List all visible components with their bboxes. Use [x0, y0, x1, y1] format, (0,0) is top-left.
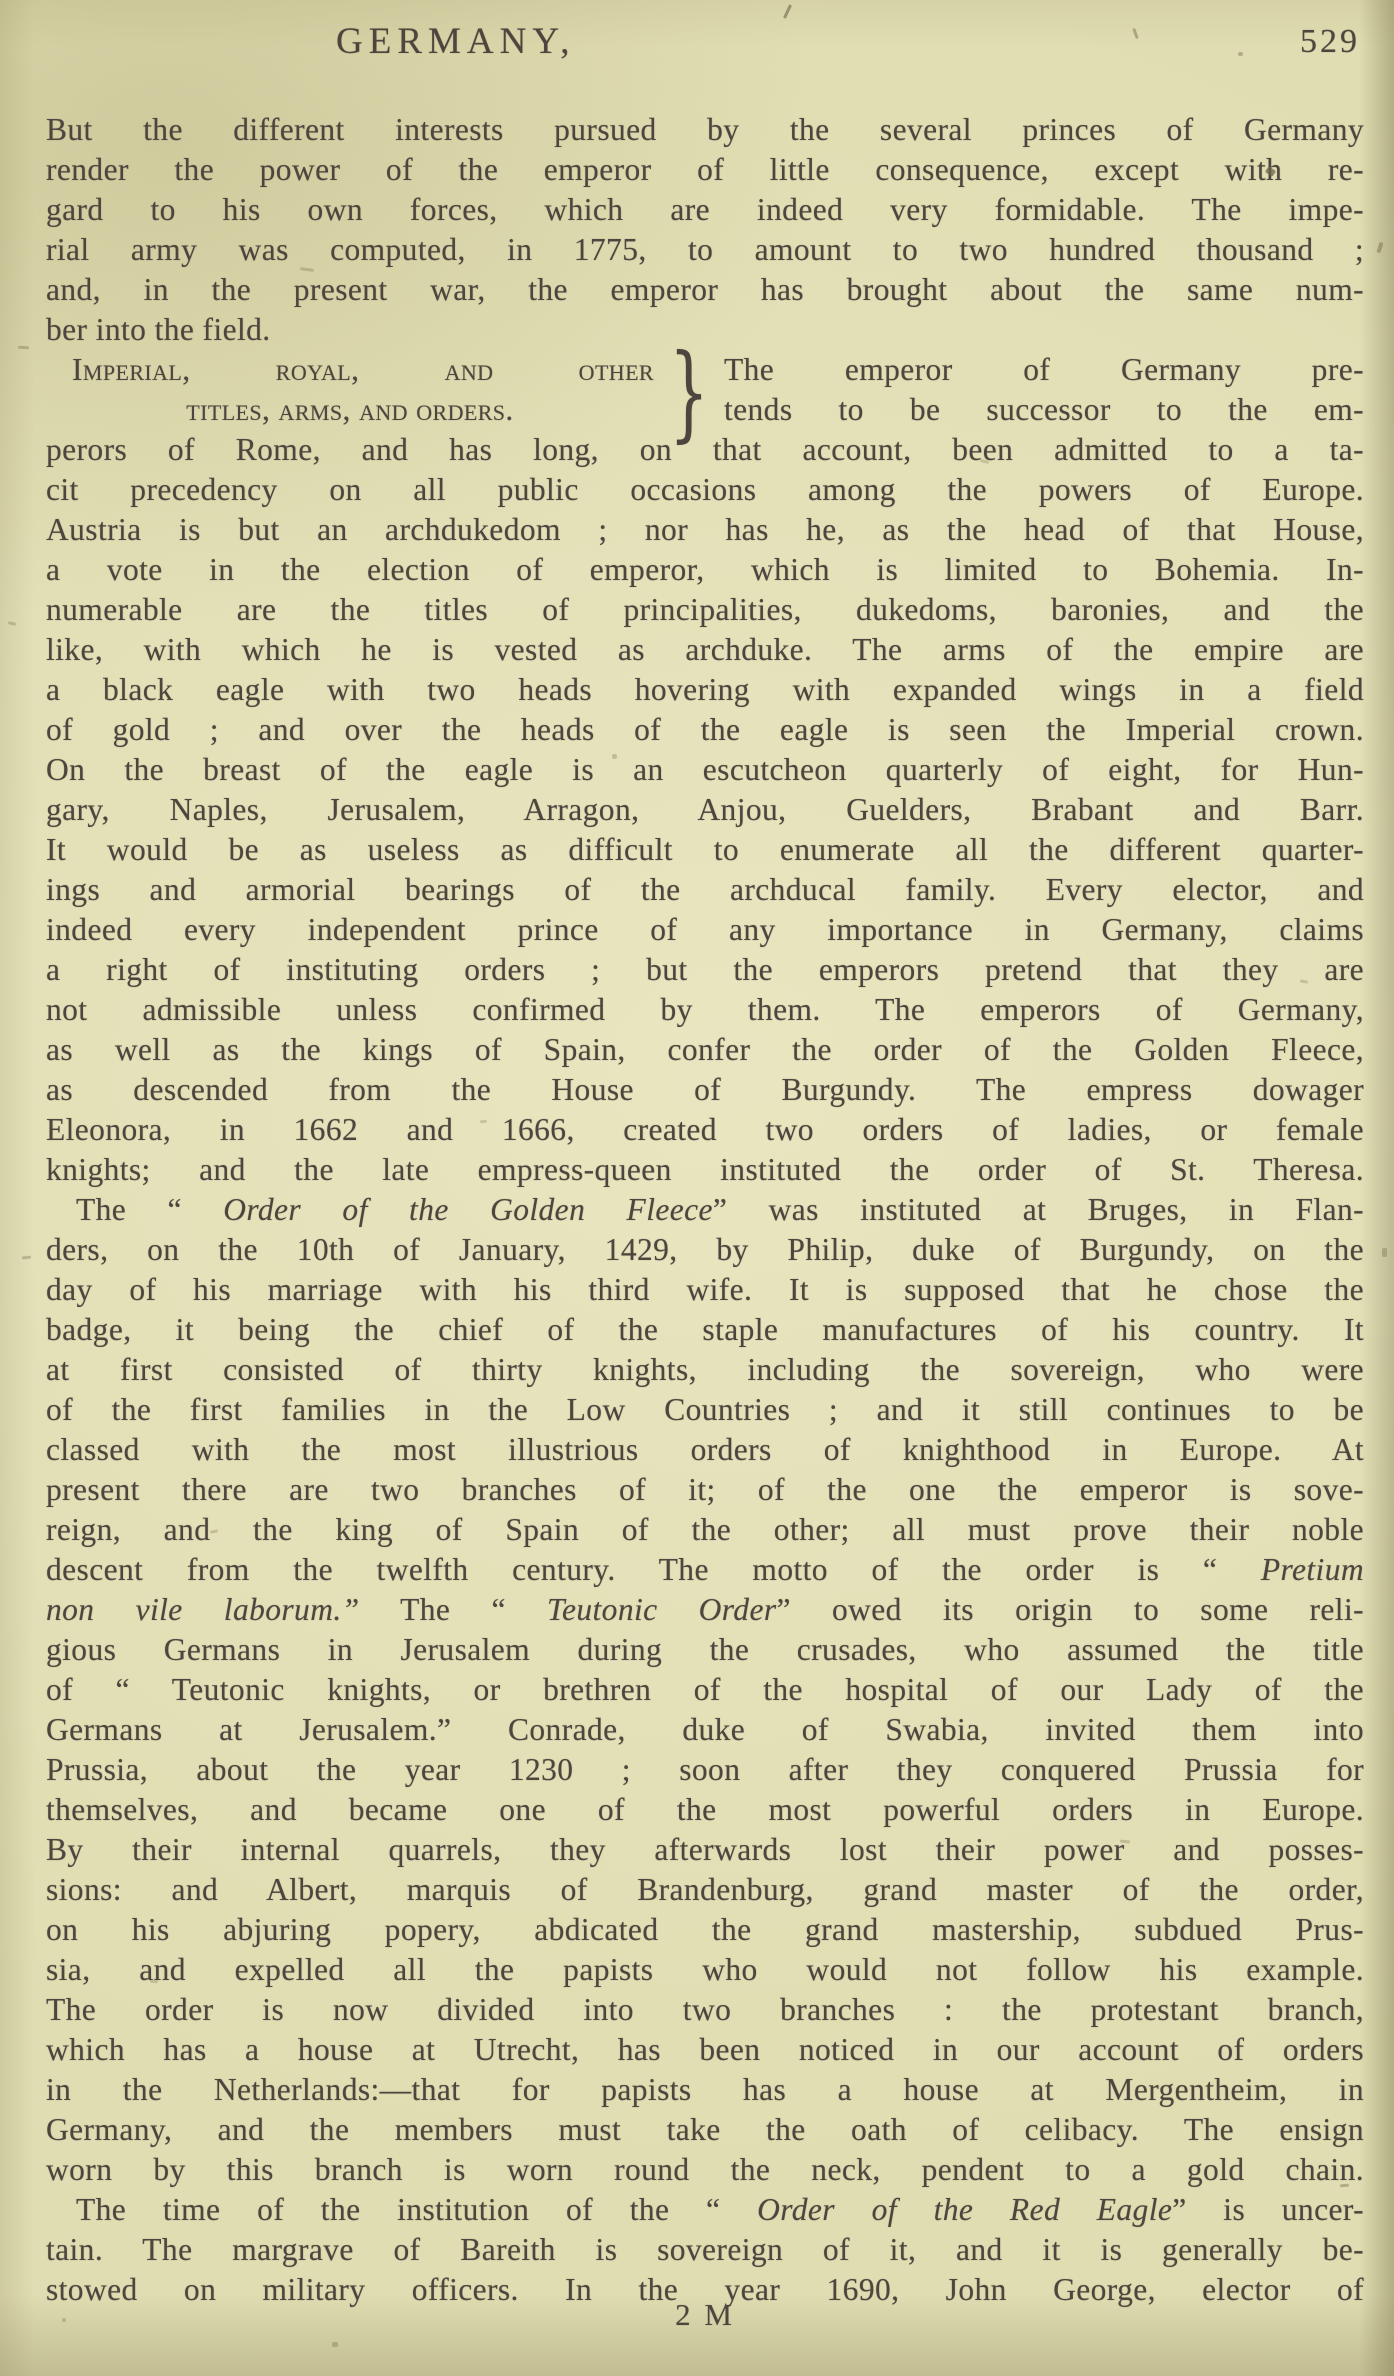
brace-heading: Imperial, royal, and othertitles, arms, … — [46, 350, 1364, 430]
text-segment: of gold ; and over the heads of the eagl… — [46, 712, 1364, 747]
text-segment: Germany, and the members must take the o… — [46, 2112, 1364, 2147]
page-number: 529 — [1300, 23, 1360, 61]
text-segment: But the different interests pursued by t… — [46, 112, 1364, 147]
text-segment: as well as the kings of Spain, confer th… — [46, 1032, 1364, 1067]
text-segment: gard to his own forces, which are indeed… — [46, 192, 1364, 227]
text-segment: knights; and the late empress-queen inst… — [46, 1152, 1364, 1187]
text-segment: present there are two branches of it; of… — [46, 1472, 1364, 1507]
text-line: render the power of the emperor of littl… — [46, 150, 1364, 190]
paragraph: But the different interests pursued by t… — [46, 110, 1364, 350]
paper-speck — [783, 4, 792, 19]
paper-speck — [22, 1256, 31, 1260]
text-segment: ber into the field. — [46, 312, 271, 347]
paper-speck — [1382, 1248, 1387, 1257]
text-line: of the first families in the Low Countri… — [46, 1390, 1364, 1430]
text-segment: sia, and expelled all the papists who wo… — [46, 1952, 1364, 1987]
text-segment: reign, and the king of Spain of the othe… — [46, 1512, 1364, 1547]
text-line: rial army was computed, in 1775, to amou… — [46, 230, 1364, 270]
text-segment: ings and armorial bearings of the archdu… — [46, 872, 1364, 907]
text-line: themselves, and became one of the most p… — [46, 1790, 1364, 1830]
text-segment: Prussia, about the year 1230 ; soon afte… — [46, 1752, 1364, 1787]
paper-speck — [1340, 2184, 1349, 2188]
text-line: By their internal quarrels, they afterwa… — [46, 1830, 1364, 1870]
text-line: The emperor of Germany pre- — [724, 350, 1364, 390]
text-segment: themselves, and became one of the most p… — [46, 1792, 1364, 1827]
text-segment: a black eagle with two heads hovering wi… — [46, 672, 1364, 707]
text-line: which has a house at Utrecht, has been n… — [46, 2030, 1364, 2070]
text-segment: Austria is but an archdukedom ; nor has … — [46, 512, 1364, 547]
text-line: tain. The margrave of Bareith is soverei… — [46, 2230, 1364, 2270]
text-line: numerable are the titles of principaliti… — [46, 590, 1364, 630]
text-line: cit precedency on all public occasions a… — [46, 470, 1364, 510]
text-segment: numerable are the titles of principaliti… — [46, 592, 1364, 627]
italic-text: Pretium — [1261, 1552, 1364, 1587]
text-line: sions: and Albert, marquis of Brandenbur… — [46, 1870, 1364, 1910]
text-line: Austria is but an archdukedom ; nor has … — [46, 510, 1364, 550]
text-segment: ders, on the 10th of January, 1429, by P… — [46, 1232, 1364, 1267]
running-title: GERMANY, — [336, 20, 576, 63]
paragraph: perors of Rome, and has long, on that ac… — [46, 430, 1364, 1190]
text-line: Germans at Jerusalem.” Conrade, duke of … — [46, 1710, 1364, 1750]
text-segment: day of his marriage with his third wife.… — [46, 1272, 1364, 1307]
heading-left: Imperial, royal, and othertitles, arms, … — [46, 350, 654, 430]
text-line: classed with the most illustrious orders… — [46, 1430, 1364, 1470]
text-line: ders, on the 10th of January, 1429, by P… — [46, 1230, 1364, 1270]
text-line: as descended from the House of Burgundy.… — [46, 1070, 1364, 1110]
text-line: indeed every independent prince of any i… — [46, 910, 1364, 950]
text-line: gary, Naples, Jerusalem, Arragon, Anjou,… — [46, 790, 1364, 830]
text-line: On the breast of the eagle is an escutch… — [46, 750, 1364, 790]
italic-text: non vile laborum.” — [46, 1592, 360, 1627]
body-text: But the different interests pursued by t… — [46, 110, 1364, 2310]
text-line: not admissible unless confirmed by them.… — [46, 990, 1364, 1030]
paper-speck — [1132, 28, 1139, 39]
text-segment: ” owed its origin to some reli- — [776, 1592, 1364, 1627]
paper-speck — [612, 754, 617, 759]
paper-speck — [18, 346, 29, 350]
heading-line: titles, arms, and orders. — [46, 390, 654, 430]
text-line: and, in the present war, the emperor has… — [46, 270, 1364, 310]
text-segment: on his abjuring popery, abdicated the gr… — [46, 1912, 1364, 1947]
text-segment: ” was instituted at Bruges, in Flan- — [713, 1192, 1364, 1227]
text-segment: classed with the most illustrious orders… — [46, 1432, 1364, 1467]
text-line: The “ Order of the Golden Fleece” was in… — [46, 1190, 1364, 1230]
text-segment: gious Germans in Jerusalem during the cr… — [46, 1632, 1364, 1667]
paper-speck — [332, 2342, 338, 2347]
text-segment: of “ Teutonic knights, or brethren of th… — [46, 1672, 1364, 1707]
text-line: It would be as useless as difficult to e… — [46, 830, 1364, 870]
italic-text: Order of the Red Eagle — [757, 2192, 1172, 2227]
book-page: GERMANY, 529 But the different interests… — [0, 0, 1394, 2376]
heading-line: Imperial, royal, and other — [46, 350, 654, 390]
paper-speck — [1238, 52, 1243, 56]
text-segment: indeed every independent prince of any i… — [46, 912, 1364, 947]
text-segment: ” is uncer- — [1172, 2192, 1364, 2227]
text-segment: descent from the twelfth century. The mo… — [46, 1552, 1261, 1587]
text-line: a right of instituting orders ; but the … — [46, 950, 1364, 990]
text-line: as well as the kings of Spain, confer th… — [46, 1030, 1364, 1070]
text-line: non vile laborum.” The “ Teutonic Order”… — [46, 1590, 1364, 1630]
paper-speck — [62, 2318, 66, 2322]
text-segment: render the power of the emperor of littl… — [46, 152, 1364, 187]
text-line: reign, and the king of Spain of the othe… — [46, 1510, 1364, 1550]
text-line: of gold ; and over the heads of the eagl… — [46, 710, 1364, 750]
text-segment: and, in the present war, the emperor has… — [46, 272, 1364, 307]
text-segment: The order is now divided into two branch… — [46, 1992, 1364, 2027]
signature-mark: 2 M — [46, 2297, 1364, 2333]
text-segment: of the first families in the Low Countri… — [46, 1392, 1364, 1427]
text-line: ings and armorial bearings of the archdu… — [46, 870, 1364, 910]
text-line: gious Germans in Jerusalem during the cr… — [46, 1630, 1364, 1670]
text-line: sia, and expelled all the papists who wo… — [46, 1950, 1364, 1990]
text-segment: On the breast of the eagle is an escutch… — [46, 752, 1364, 787]
text-segment: like, with which he is vested as archduk… — [46, 632, 1364, 667]
italic-text: Teutonic Order — [547, 1592, 777, 1627]
text-segment: not admissible unless confirmed by them.… — [46, 992, 1364, 1027]
text-line: tends to be successor to the em- — [724, 390, 1364, 430]
text-segment: The “ — [76, 1192, 223, 1227]
text-line: worn by this branch is worn round the ne… — [46, 2150, 1364, 2190]
paper-speck — [1376, 242, 1383, 254]
text-line: Germany, and the members must take the o… — [46, 2110, 1364, 2150]
text-line: of “ Teutonic knights, or brethren of th… — [46, 1670, 1364, 1710]
text-segment: tain. The margrave of Bareith is soverei… — [46, 2232, 1364, 2267]
text-line: gard to his own forces, which are indeed… — [46, 190, 1364, 230]
text-line: Prussia, about the year 1230 ; soon afte… — [46, 1750, 1364, 1790]
text-segment: a right of instituting orders ; but the … — [46, 952, 1364, 987]
text-segment: at first consisted of thirty knights, in… — [46, 1352, 1364, 1387]
heading-right: The emperor of Germany pre-tends to be s… — [724, 350, 1364, 430]
paragraph: The time of the institution of the “ Ord… — [46, 2190, 1364, 2310]
text-line: on his abjuring popery, abdicated the gr… — [46, 1910, 1364, 1950]
text-segment: The time of the institution of the “ — [76, 2192, 757, 2227]
text-segment: By their internal quarrels, they afterwa… — [46, 1832, 1364, 1867]
text-line: a vote in the election of emperor, which… — [46, 550, 1364, 590]
text-segment: rial army was computed, in 1775, to amou… — [46, 232, 1364, 267]
text-segment: worn by this branch is worn round the ne… — [46, 2152, 1364, 2187]
paper-speck — [8, 621, 16, 626]
italic-text: Order of the Golden Fleece — [223, 1192, 713, 1227]
text-line: The time of the institution of the “ Ord… — [46, 2190, 1364, 2230]
text-line: day of his marriage with his third wife.… — [46, 1270, 1364, 1310]
text-line: descent from the twelfth century. The mo… — [46, 1550, 1364, 1590]
text-segment: sions: and Albert, marquis of Brandenbur… — [46, 1872, 1364, 1907]
paper-speck — [150, 1980, 158, 1984]
text-segment: which has a house at Utrecht, has been n… — [46, 2032, 1364, 2067]
text-line: knights; and the late empress-queen inst… — [46, 1150, 1364, 1190]
text-line: in the Netherlands:—that for papists has… — [46, 2070, 1364, 2110]
text-line: at first consisted of thirty knights, in… — [46, 1350, 1364, 1390]
text-line: like, with which he is vested as archduk… — [46, 630, 1364, 670]
text-line: Eleonora, in 1662 and 1666, created two … — [46, 1110, 1364, 1150]
brace-char: } — [668, 350, 710, 434]
text-segment: It would be as useless as difficult to e… — [46, 832, 1364, 867]
text-segment: badge, it being the chief of the staple … — [46, 1312, 1364, 1347]
text-line: But the different interests pursued by t… — [46, 110, 1364, 150]
text-segment: Eleonora, in 1662 and 1666, created two … — [46, 1112, 1364, 1147]
brace-icon: } — [654, 350, 724, 430]
text-segment: gary, Naples, Jerusalem, Arragon, Anjou,… — [46, 792, 1364, 827]
text-segment: a vote in the election of emperor, which… — [46, 552, 1364, 587]
text-line: badge, it being the chief of the staple … — [46, 1310, 1364, 1350]
text-line: The order is now divided into two branch… — [46, 1990, 1364, 2030]
text-segment: in the Netherlands:—that for papists has… — [46, 2072, 1364, 2107]
text-line: present there are two branches of it; of… — [46, 1470, 1364, 1510]
text-segment: cit precedency on all public occasions a… — [46, 472, 1364, 507]
text-segment: as descended from the House of Burgundy.… — [46, 1072, 1364, 1107]
text-line: a black eagle with two heads hovering wi… — [46, 670, 1364, 710]
text-segment: Germans at Jerusalem.” Conrade, duke of … — [46, 1712, 1364, 1747]
text-segment: The “ — [360, 1592, 547, 1627]
paragraph: The “ Order of the Golden Fleece” was in… — [46, 1190, 1364, 2190]
